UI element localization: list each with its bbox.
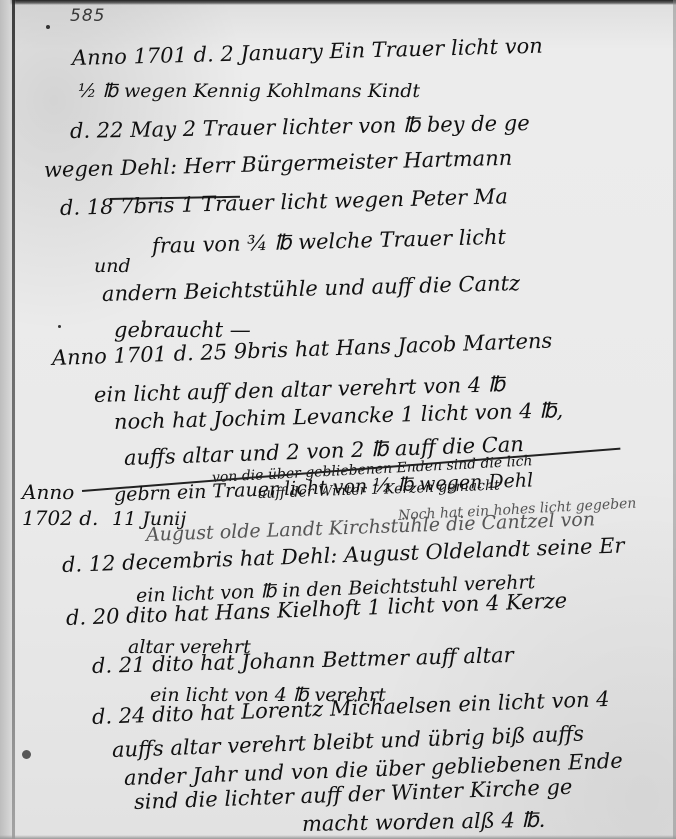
text-line: d. 18 7bris 1 Trauer licht wegen Peter M… bbox=[60, 184, 508, 220]
page-number: 585 bbox=[70, 6, 105, 26]
text-line: ½ ℔ wegen Kennig Kohlmans Kindt bbox=[78, 80, 420, 102]
text-line: d. 22 May 2 Trauer lichter von ℔ bey de … bbox=[70, 111, 530, 143]
text-line: gebraucht — bbox=[114, 318, 251, 342]
ink-spot bbox=[22, 750, 31, 759]
text-line: andern Beichtstühle und auff die Cantz bbox=[102, 271, 521, 306]
ink-spot bbox=[46, 25, 50, 29]
page-top-edge bbox=[0, 0, 676, 5]
text-line: macht worden alß 4 ℔. bbox=[302, 808, 546, 836]
text-line: und bbox=[94, 255, 131, 277]
binding-fold-line bbox=[12, 0, 15, 839]
text-line: Anno 1701 d. 2 January Ein Trauer licht … bbox=[72, 34, 543, 70]
ink-spot bbox=[58, 325, 61, 328]
margin-year-label: Anno bbox=[22, 480, 74, 504]
page-bottom-edge bbox=[0, 835, 676, 839]
text-line: frau von ¾ ℔ welche Trauer licht bbox=[152, 225, 507, 258]
text-line: wegen Dehl: Herr Bürgermeister Hartmann bbox=[44, 146, 513, 182]
margin-year-label: 1702 d. bbox=[22, 506, 98, 530]
manuscript-page: 585 Anno 1701 d. 2 January Ein Trauer li… bbox=[0, 0, 676, 839]
